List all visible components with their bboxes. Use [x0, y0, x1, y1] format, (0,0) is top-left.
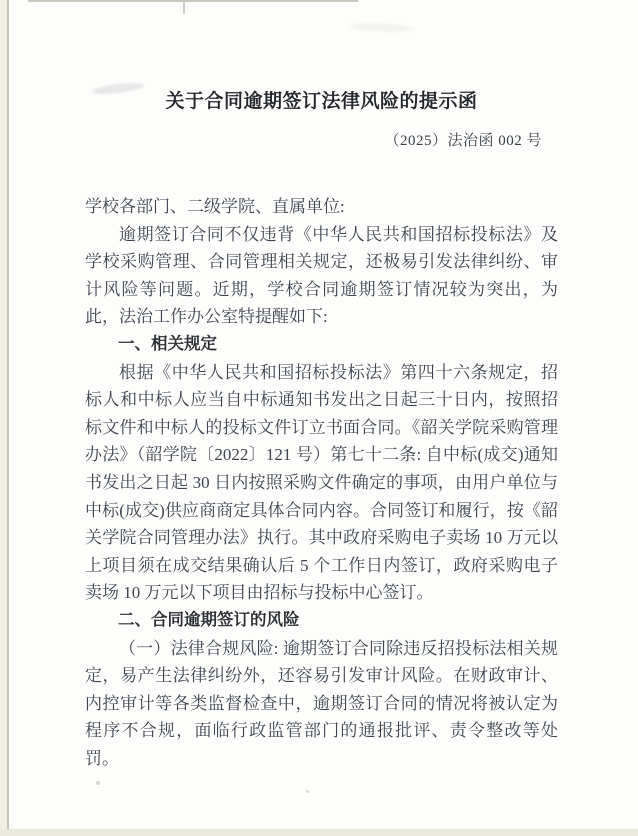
scan-edge-top-corner	[183, 0, 185, 14]
scan-edge-bottom-band	[0, 829, 638, 836]
scan-edge-top-line	[28, 0, 358, 2]
document-body: 学校各部门、二级学院、直属单位: 逾期签订合同不仅违背《中华人民共和国招标投标法…	[85, 193, 558, 772]
intro-paragraph: 逾期签订合同不仅违背《中华人民共和国招标投标法》及学校采购管理、合同管理相关规定…	[85, 221, 558, 331]
section-heading-2: 二、合同逾期签订的风险	[85, 607, 558, 635]
salutation-line: 学校各部门、二级学院、直属单位:	[85, 193, 558, 221]
section-heading-1: 一、相关规定	[85, 331, 558, 359]
document-page: 关于合同逾期签订法律风险的提示函 （2025）法治函 002 号 学校各部门、二…	[0, 0, 638, 836]
document-content: 关于合同逾期签订法律风险的提示函 （2025）法治函 002 号 学校各部门、二…	[0, 88, 638, 772]
document-number: （2025）法治函 002 号	[85, 129, 558, 150]
section-2-paragraph: （一）法律合规风险: 逾期签订合同除违反招投标法相关规定，易产生法律纠纷外，还容…	[85, 635, 558, 773]
scan-smudge	[350, 22, 414, 32]
document-title: 关于合同逾期签订法律风险的提示函	[85, 88, 558, 116]
section-1-paragraph: 根据《中华人民共和国招标投标法》第四十六条规定，招标人和中标人应当自中标通知书发…	[85, 359, 558, 607]
scan-speck	[306, 790, 309, 793]
scan-speck	[96, 781, 100, 785]
